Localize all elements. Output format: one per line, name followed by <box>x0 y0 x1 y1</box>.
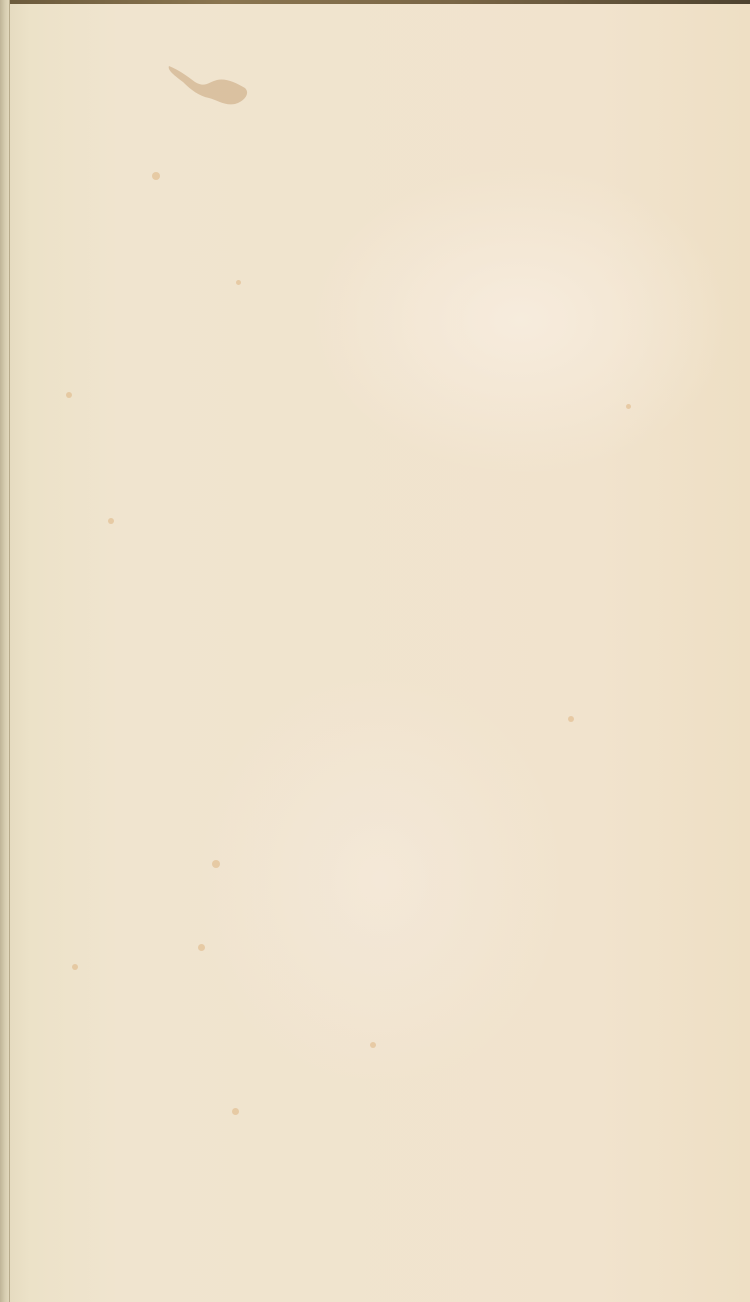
foxing-spot <box>152 172 160 180</box>
stain-mark <box>165 60 255 110</box>
page-left-edge <box>0 0 10 1302</box>
faint-library-stamp <box>345 24 435 46</box>
foxing-spot <box>108 518 114 524</box>
foxing-spot <box>370 1042 376 1048</box>
foxing-spot <box>72 964 78 970</box>
foxing-spot <box>66 392 72 398</box>
foxing-spot <box>232 1108 239 1115</box>
blank-page <box>0 0 750 1302</box>
foxing-spot <box>198 944 205 951</box>
foxing-spot <box>236 280 241 285</box>
foxing-spot <box>626 404 631 409</box>
page-top-edge <box>0 0 750 4</box>
foxing-spot <box>568 716 574 722</box>
foxing-spot <box>212 860 220 868</box>
